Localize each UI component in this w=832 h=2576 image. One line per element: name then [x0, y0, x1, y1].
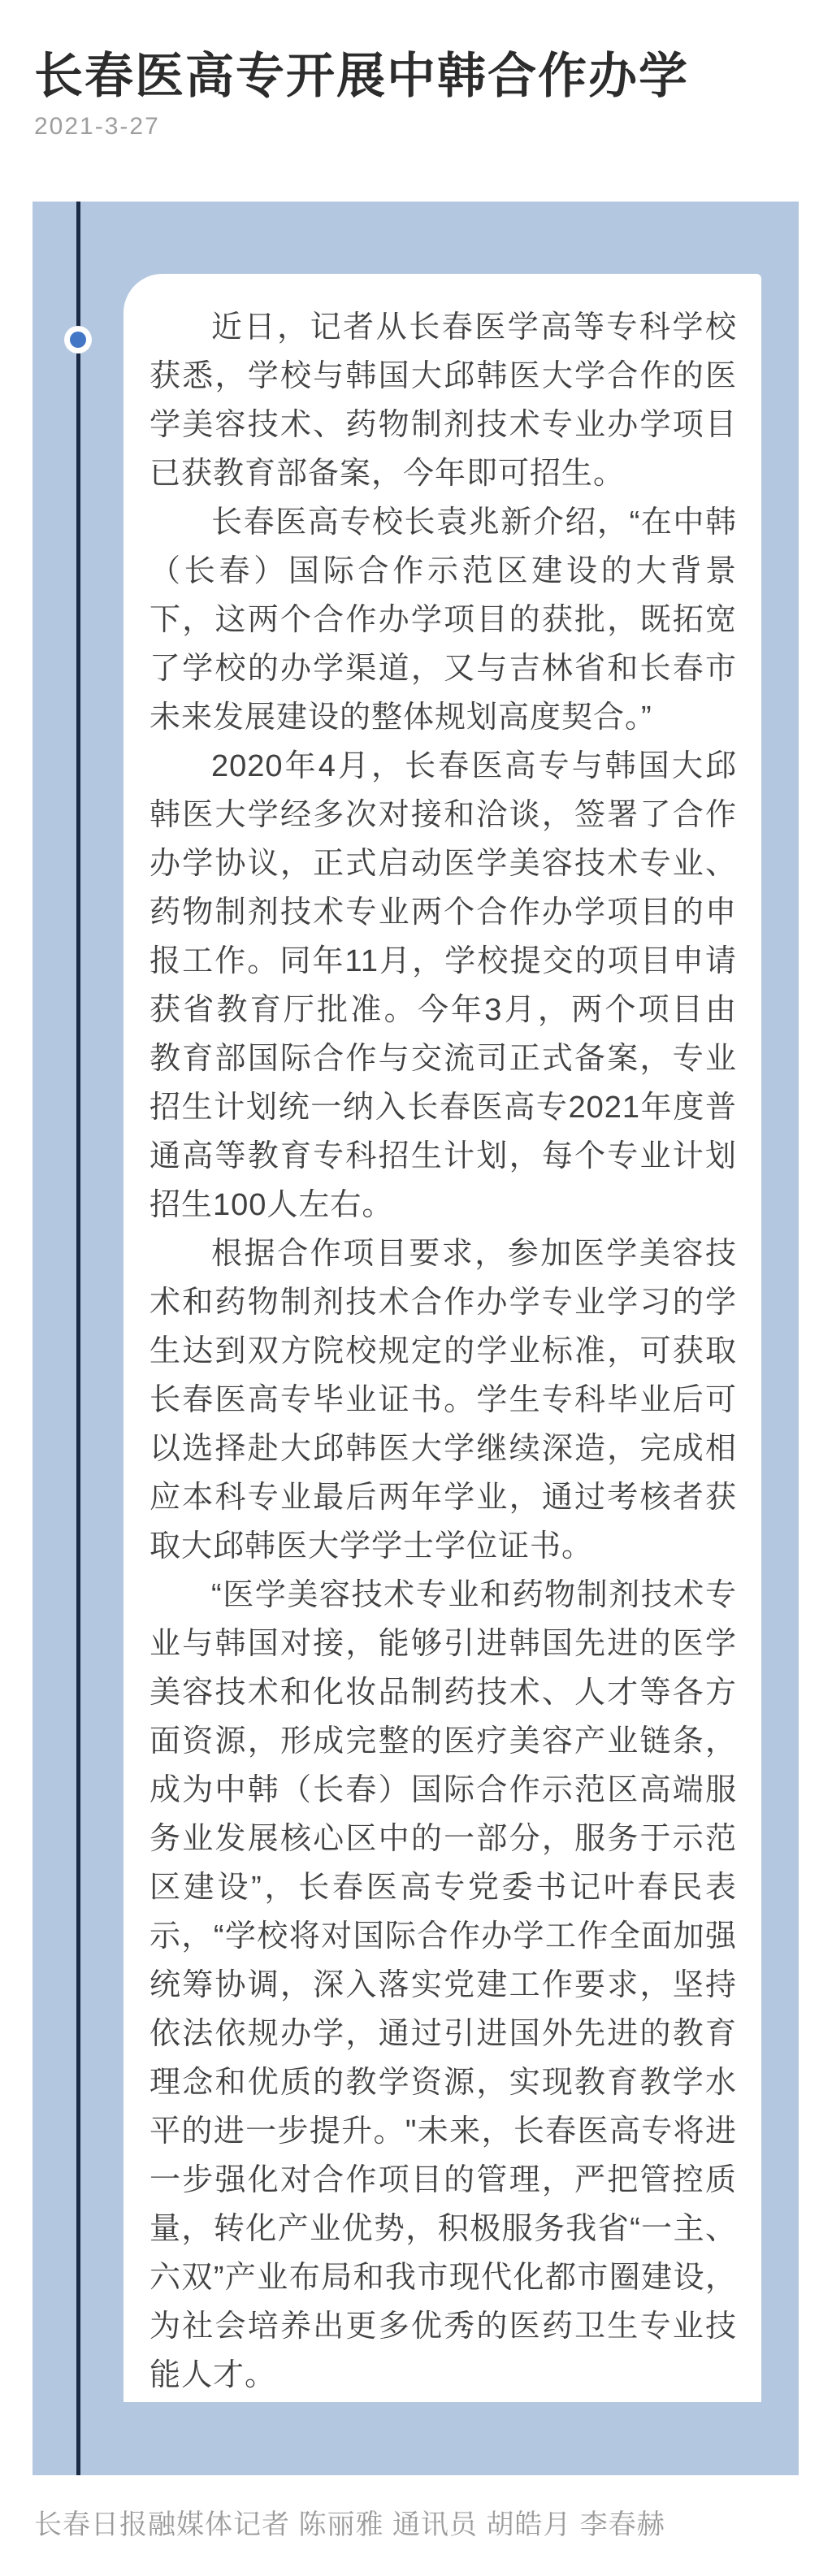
timeline-line	[76, 202, 80, 2475]
article-paragraph: 长春医高专校长袁兆新介绍，“在中韩（长春）国际合作示范区建设的大背景下，这两个合…	[149, 498, 737, 742]
timeline-panel: 近日，记者从长春医学高等专科学校获悉，学校与韩国大邱韩医大学合作的医学美容技术、…	[32, 202, 799, 2475]
article-paragraph: 近日，记者从长春医学高等专科学校获悉，学校与韩国大邱韩医大学合作的医学美容技术、…	[149, 303, 737, 498]
article-card: 近日，记者从长春医学高等专科学校获悉，学校与韩国大邱韩医大学合作的医学美容技术、…	[123, 274, 761, 2402]
timeline-dot-core	[70, 332, 86, 348]
byline: 长春日报融媒体记者 陈丽雅 通讯员 胡皓月 李春赫	[34, 2507, 798, 2543]
article-paragraph: 2020年4月，长春医高专与韩国大邱韩医大学经多次对接和洽谈，签署了合作办学协议…	[149, 742, 737, 1229]
article-paragraph: “医学美容技术专业和药物制剂技术专业与韩国对接，能够引进韩国先进的医学美容技术和…	[149, 1571, 737, 2400]
publish-date: 2021-3-27	[34, 112, 160, 141]
page-title: 长春医高专开展中韩合作办学	[34, 47, 798, 106]
article-paragraph: 根据合作项目要求，参加医学美容技术和药物制剂技术合作办学专业学习的学生达到双方院…	[149, 1229, 737, 1571]
article-page: 长春医高专开展中韩合作办学 2021-3-27 近日，记者从长春医学高等专科学校…	[0, 0, 832, 2576]
timeline-dot-icon	[64, 326, 92, 353]
